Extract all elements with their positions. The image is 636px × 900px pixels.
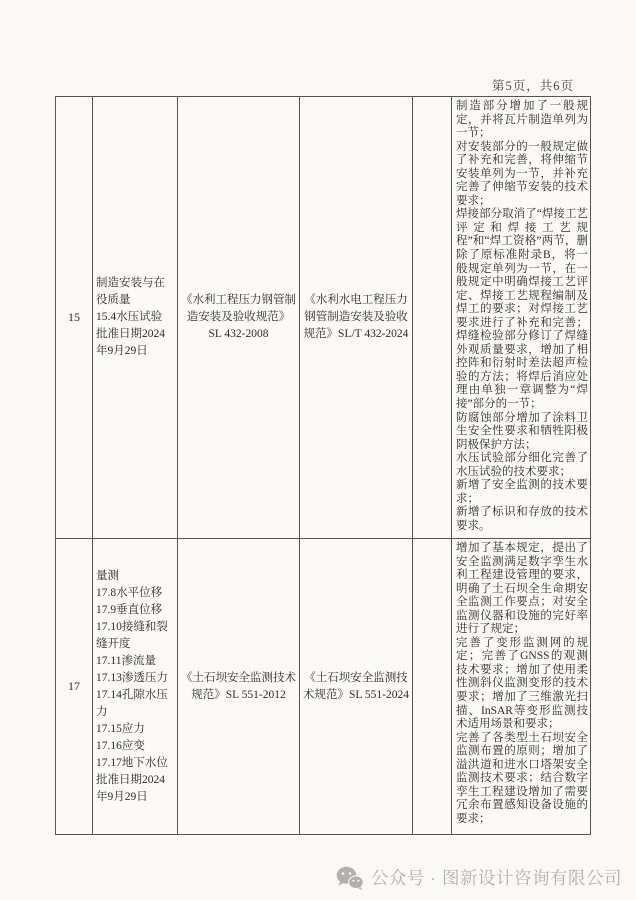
row-17-new-standard-cell: 《土石坝安全监测技术规范》SL 551-2024 <box>300 539 413 834</box>
watermark-footer: 公众号 · 图新设计咨询有限公司 <box>336 865 622 890</box>
row-15-number-cell: 15 <box>56 97 93 539</box>
row-15-spacer-cell <box>413 97 452 539</box>
row-17-old-standard-cell: 《土石坝安全监测技术规范》SL 551-2012 <box>178 539 300 834</box>
standards-comparison-table: 15 制造安装与在役质量 15.4水压试验 批准日期2024年9月29日 《水利… <box>55 96 591 835</box>
page-indicator: 第5页，共6页 <box>492 76 574 94</box>
row-17-changes-cell: 增加了基本规定，提出了安全监测满足数字孪生水利工程建设管理的要求，明确了土石坝全… <box>452 539 590 834</box>
wechat-icon <box>336 866 364 890</box>
row-15-changes-cell: 制造部分增加了一般规定，并将瓦片制造单列为一节； 对安装部分的一般规定做了补充和… <box>452 97 590 539</box>
row-17-item-cell: 量测 17.8水平位移 17.9垂直位移 17.10接缝和裂缝开度 17.11渗… <box>93 539 178 834</box>
row-15-new-standard-cell: 《水利水电工程压力钢管制造安装及验收规范》SL/T 432-2024 <box>300 97 413 539</box>
watermark-text: 公众号 · 图新设计咨询有限公司 <box>371 865 622 890</box>
row-17-spacer-cell <box>413 539 452 834</box>
row-17-number-cell: 17 <box>56 539 93 834</box>
row-15-item-cell: 制造安装与在役质量 15.4水压试验 批准日期2024年9月29日 <box>93 97 178 539</box>
row-15-old-standard-cell: 《水利工程压力钢管制造安装及验收规范》SL 432-2008 <box>178 97 300 539</box>
